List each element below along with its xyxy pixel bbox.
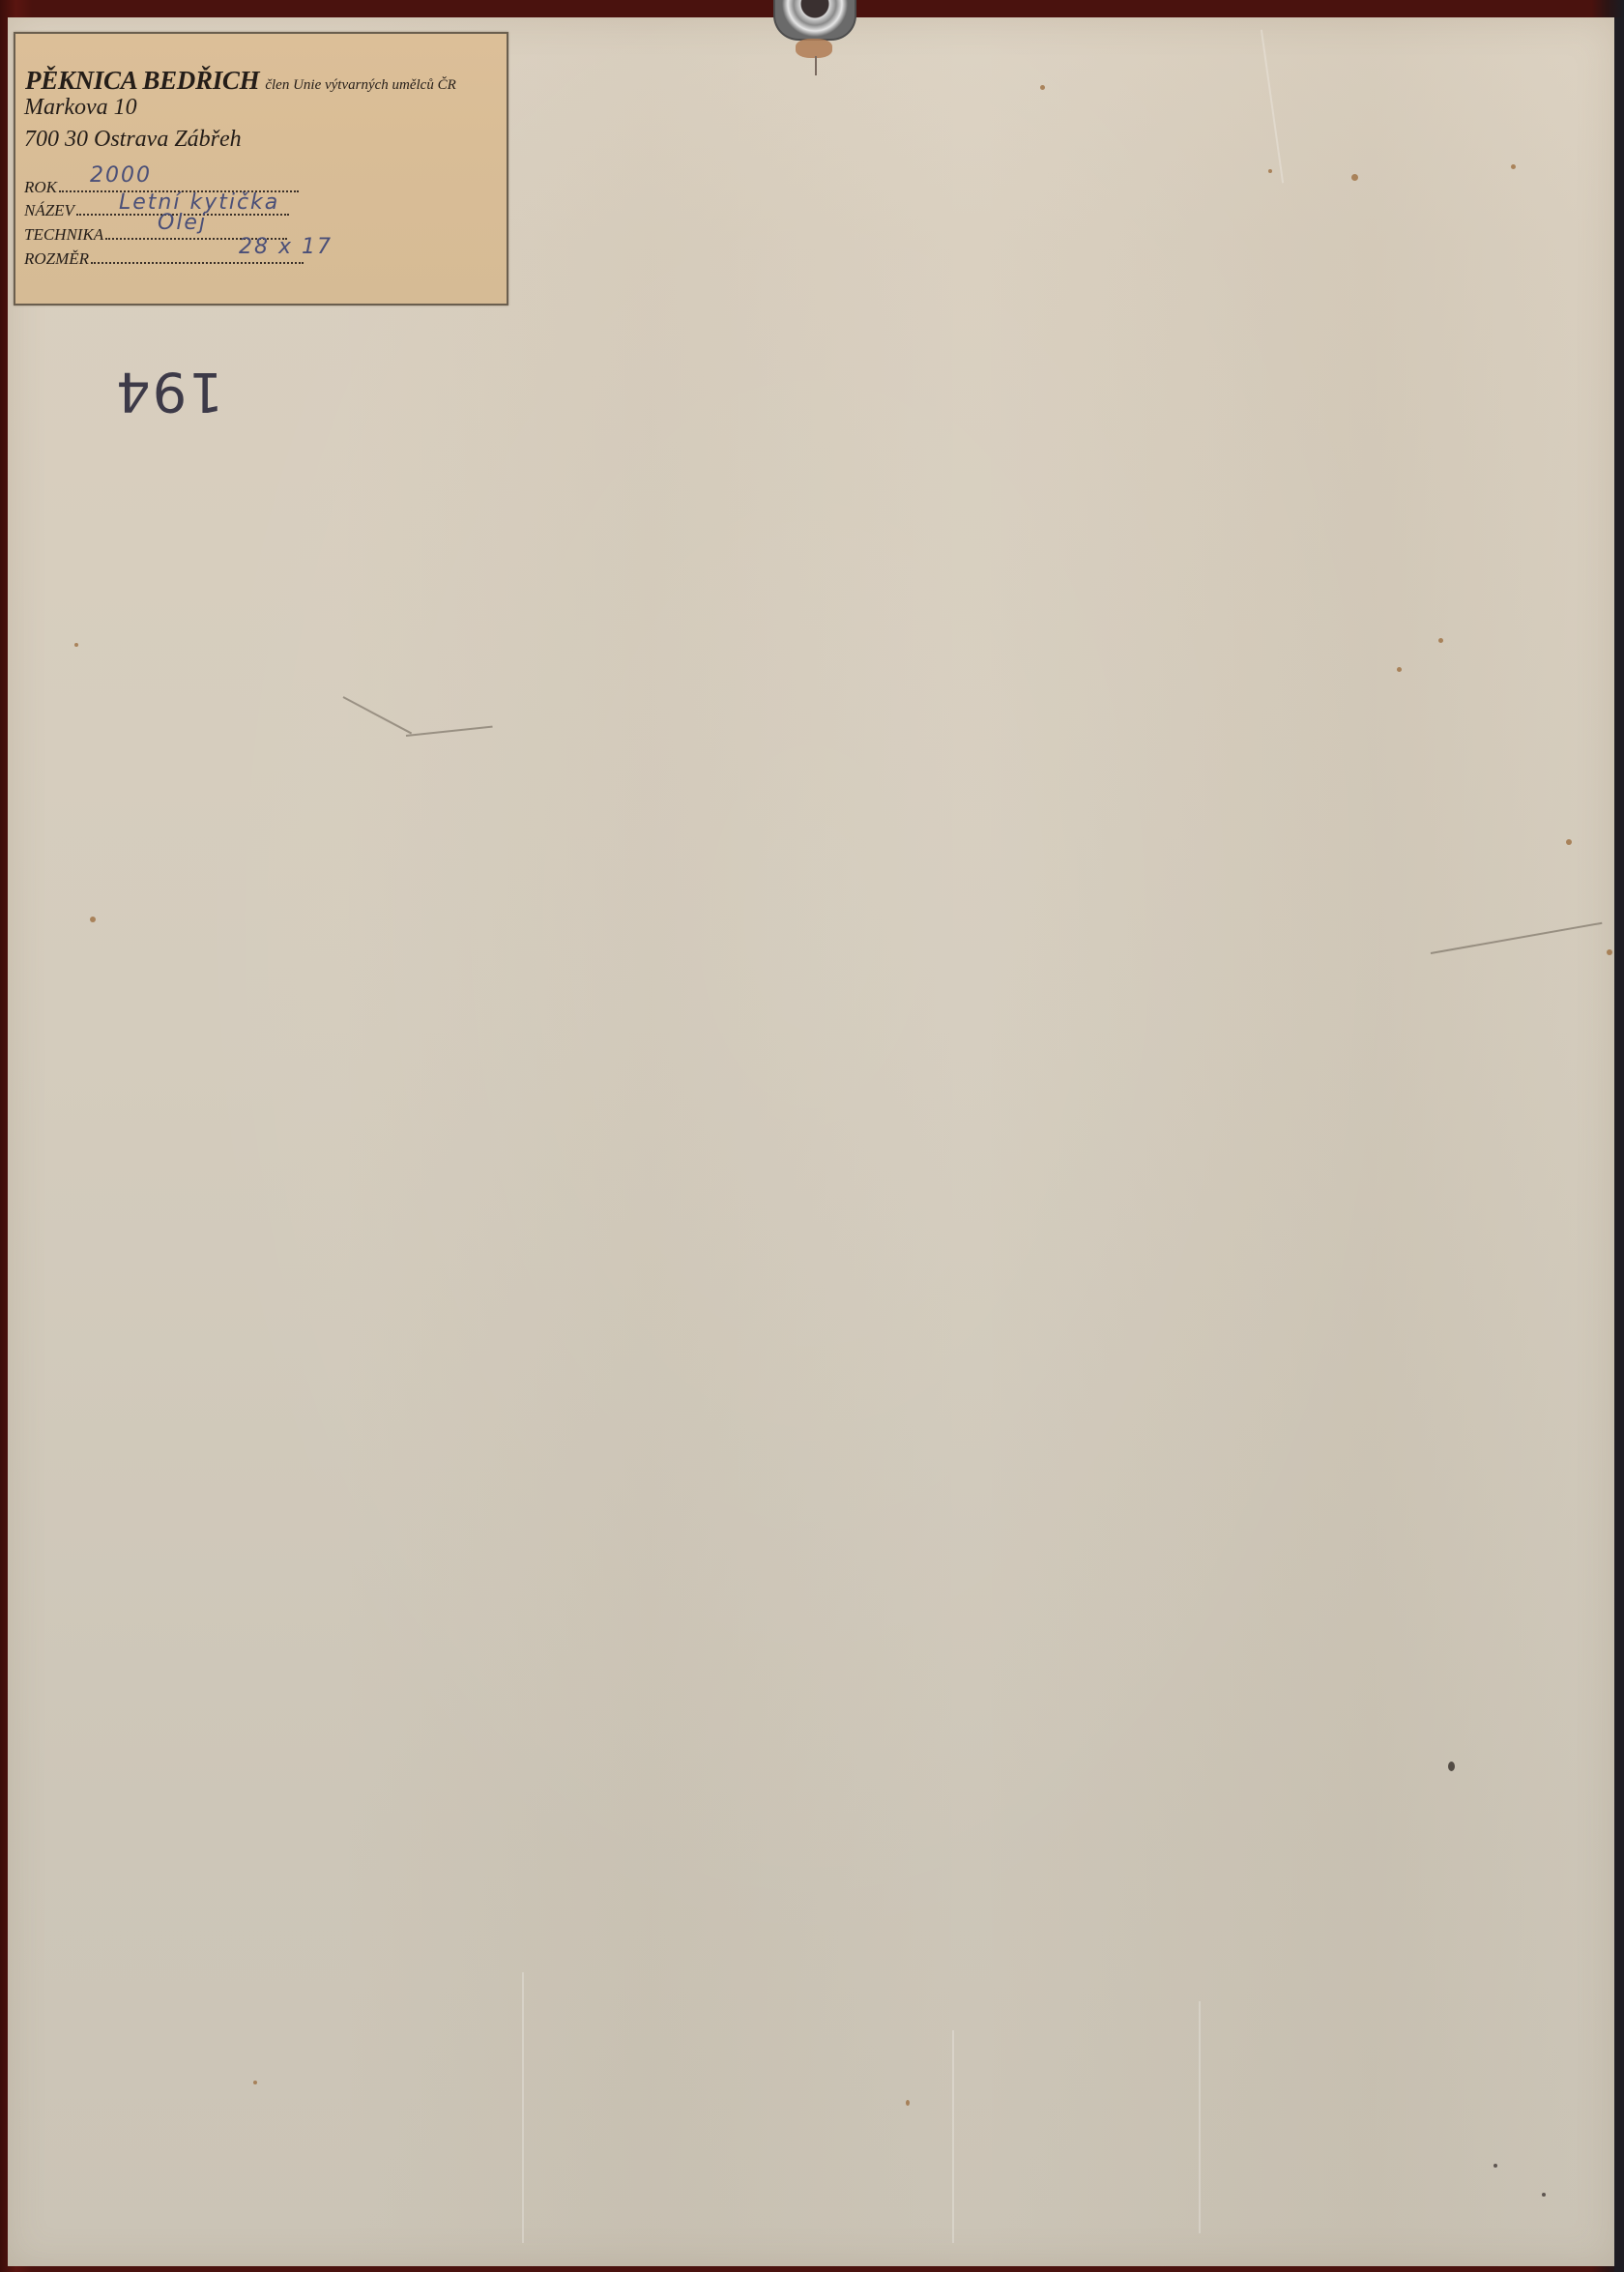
foxing-spot <box>1040 85 1045 90</box>
field-key: ROK <box>24 178 57 196</box>
foxing-spot <box>1397 667 1402 672</box>
field-value: Olej <box>158 213 207 234</box>
foxing-spot <box>1448 1762 1455 1771</box>
field-key: ROZMĚR <box>24 249 89 268</box>
foxing-spot <box>1268 169 1272 173</box>
rust-stain <box>796 39 832 58</box>
membership: člen Unie výtvarných umělců ČR <box>265 77 455 93</box>
hanger-ring-icon <box>773 0 856 41</box>
paper-crease <box>522 1972 524 2243</box>
address-city: 700 30 Ostrava Zábřeh <box>24 127 242 153</box>
foxing-spot <box>253 2081 257 2084</box>
artist-label: PĚKNICA BEDŘICHčlen Unie výtvarných uměl… <box>14 32 508 306</box>
foxing-spot <box>90 917 96 922</box>
handwritten-inventory-number: 194 <box>114 360 223 422</box>
foxing-spot <box>1351 174 1358 181</box>
foxing-spot <box>906 2100 910 2106</box>
nail-icon <box>815 56 817 75</box>
frame-right-edge <box>1614 17 1624 2272</box>
foxing-spot <box>1438 638 1443 643</box>
field-size: ROZMĚR 28 x 17 <box>24 248 304 270</box>
field-value: 28 x 17 <box>239 237 333 258</box>
address-street: Markova 10 <box>24 95 137 121</box>
foxing-spot <box>1566 839 1572 845</box>
field-key: NÁZEV <box>24 201 74 219</box>
foxing-spot <box>1493 2164 1497 2168</box>
backing-paper <box>8 17 1614 2266</box>
field-value: 2000 <box>90 165 152 187</box>
foxing-spot <box>74 643 78 647</box>
paper-crease <box>1199 2001 1201 2233</box>
foxing-spot <box>1511 164 1516 169</box>
paper-crease <box>952 2030 954 2243</box>
field-title: NÁZEV Letní kytička <box>24 200 289 221</box>
field-key: TECHNIKA <box>24 225 103 244</box>
artist-name: PĚKNICA BEDŘICH <box>25 66 259 95</box>
artist-name-line: PĚKNICA BEDŘICHčlen Unie výtvarných uměl… <box>25 66 456 96</box>
foxing-spot <box>1607 949 1612 955</box>
foxing-spot <box>1542 2193 1546 2197</box>
